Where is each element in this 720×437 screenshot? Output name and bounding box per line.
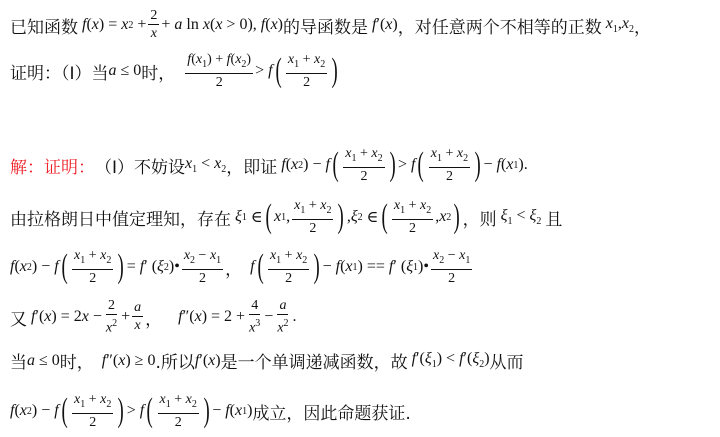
solution-line-3: f(x2) − f(x1 + x22)= f′ (ξ2)•x2 − x12 ， …: [10, 248, 474, 287]
conclusion-text: 成立，因此命题获证.: [252, 399, 410, 424]
solution-line-1: 解：证明： （Ⅰ）不妨设 x1 < x2 ，即证 f(x2) − f(x1 + …: [10, 146, 528, 185]
solution-line-4: 又 f′(x) = 2x −2x2+ax ， f″(x) = 2 +4x3−ax…: [10, 298, 297, 337]
xi1-interval: ξ1 ∈(x1,x1 + x22): [231, 198, 347, 237]
problem-middle: 的导函数是: [283, 13, 368, 38]
second-derivative: f″(x) = 2 +4x3−ax2: [178, 298, 292, 337]
xi2-interval: ,ξ2 ∈(x1 + x22,x2): [347, 198, 463, 237]
mvt-equation-1: f(x2) − f(x1 + x22)= f′ (ξ2)•x2 − x12: [10, 248, 225, 287]
monotonic-text: 是一个单调递减函数，故: [221, 348, 408, 373]
variables: x1,x2: [602, 15, 634, 35]
problem-suffix: ，对任意两个不相等的正数: [398, 13, 602, 38]
thus-text: 从而: [490, 348, 524, 373]
separator: ，: [145, 305, 162, 330]
mvt-equation-2: f(x1 + x22)− f(x1) == f′ (ξ1)•x2 − x12: [250, 248, 474, 287]
period: .: [293, 308, 297, 326]
lagrange-text: 由拉格朗日中值定理知，存在: [10, 205, 231, 230]
so-text: .所以: [155, 348, 194, 373]
assume-text: （Ⅰ）不妨设: [95, 153, 185, 178]
time-word: 时，: [60, 348, 94, 373]
also-text: 又: [10, 305, 27, 330]
time-word: 时，: [141, 59, 175, 84]
fprime: f′(x): [195, 352, 221, 370]
inequality-to-prove: f(x1) + f(x2)2 > f(x1 + x22): [183, 52, 340, 91]
problem-line-1: 已知函数 f(x) = x2 + 2x + a ln x(x > 0), f(x…: [10, 8, 651, 42]
second-derivative-sign: f″(x) ≥ 0: [102, 352, 156, 370]
solution-line-5: 当 a ≤ 0 时， f″(x) ≥ 0 .所以 f′(x) 是一个单调递减函数…: [10, 348, 524, 373]
goal-text: ，即证: [226, 153, 277, 178]
solution-line-6: f(x2) − f(x1 + x22)> f(x1 + x22)− f(x1) …: [10, 392, 411, 431]
first-derivative: f′(x) = 2x −2x2+ax: [27, 298, 145, 337]
condition: a ≤ 0: [27, 352, 60, 370]
and-text: 且: [545, 205, 562, 230]
solution-line-2: 由拉格朗日中值定理知，存在 ξ1 ∈(x1,x1 + x22) ,ξ2 ∈(x1…: [10, 198, 562, 237]
condition: a: [109, 62, 117, 80]
assumption: x1 < x2: [185, 155, 226, 175]
when-text: 当: [10, 348, 27, 373]
derivative-symbol: f′(x): [368, 16, 398, 34]
xi-order: ξ1 < ξ2: [497, 207, 546, 227]
proof-prefix: 证明：（Ⅰ）当: [10, 59, 109, 84]
separator: ，: [225, 255, 242, 280]
derivative-comparison: f′(ξ1) < f′(ξ2): [408, 350, 490, 370]
period: .: [524, 156, 528, 174]
problem-prefix: 已知函数: [10, 13, 78, 38]
final-inequality: f(x2) − f(x1 + x22)> f(x1 + x22)− f(x1): [10, 392, 252, 431]
then-text: ，则: [463, 205, 497, 230]
solution-label: 解：证明：: [10, 153, 95, 178]
problem-line-2: 证明：（Ⅰ）当 a ≤ 0 时， f(x1) + f(x2)2 > f(x1 +…: [10, 52, 341, 91]
goal-inequality: f(x2) − f(x1 + x22) > f(x1 + x22)− f(x1): [277, 146, 523, 185]
function-definition: f(x) = x2 + 2x + a ln x(x > 0), f(x): [78, 8, 283, 42]
